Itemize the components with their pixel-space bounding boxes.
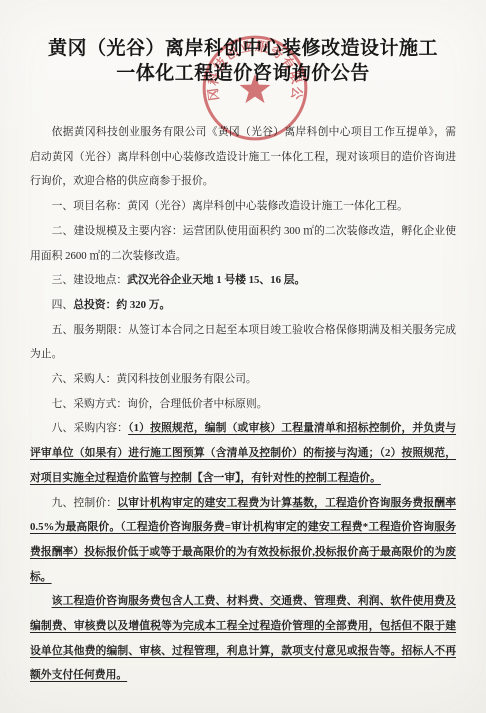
- text-segment: 九、控制价：: [52, 497, 118, 509]
- intro-paragraph: 依据黄冈科技创业服务有限公司《黄冈（光谷）离岸科创中心项目工作互提单》，需启动黄…: [30, 120, 456, 194]
- item-2-scale-and-content: 二、建设规模及主要内容：运营团队使用面积约 300 ㎡的二次装修改造，孵化企业使…: [30, 219, 456, 268]
- text-segment: 六、采购人：黄冈科技创业服务有限公司。: [52, 373, 257, 385]
- page-title: 黄冈（光谷）离岸科创中心装修改造设计施工 一体化工程造价咨询询价公告: [30, 36, 456, 86]
- item-8-procurement-content: 八、采购内容：（1）按照规范，编制（或审核）工程量清单和招标控制价，并负责与评审…: [30, 416, 456, 490]
- text-segment: 以审计机构审定的建安工程费为计算基数，工程造价咨询服务费报酬率 0.5%为最高限…: [30, 497, 456, 583]
- item-9-control-price: 九、控制价：以审计机构审定的建安工程费为计算基数，工程造价咨询服务费报酬率 0.…: [30, 491, 456, 590]
- item-4-total-investment: 四、总投资：约 320 万。: [30, 293, 456, 318]
- text-segment: 七、采购方式：询价，合理低价者中标原则。: [52, 398, 268, 410]
- title-line-1: 黄冈（光谷）离岸科创中心装修改造设计施工: [48, 38, 438, 59]
- document-body: 依据黄冈科技创业服务有限公司《黄冈（光谷）离岸科创中心项目工作互提单》，需启动黄…: [30, 120, 456, 688]
- document-page: 黄冈（光谷）离岸科创中心装修改造设计施工 一体化工程造价咨询询价公告 黄冈科技创…: [0, 0, 486, 713]
- text-segment: 一、项目名称：黄冈（光谷）离岸科创中心装修改造设计施工一体化工程。: [52, 200, 408, 212]
- text-segment: 三、建设地点：: [52, 274, 128, 286]
- item-6-purchaser: 六、采购人：黄冈科技创业服务有限公司。: [30, 367, 456, 392]
- item-5-service-term: 五、服务期限：从签订本合同之日起至本项目竣工验收合格保修期满及相关服务完成为止。: [30, 318, 456, 367]
- text-segment: 二、建设规模及主要内容：运营团队使用面积约 300 ㎡的二次装修改造，孵化企业使…: [30, 225, 456, 262]
- item-1-project-name: 一、项目名称：黄冈（光谷）离岸科创中心装修改造设计施工一体化工程。: [30, 194, 456, 219]
- fee-scope-paragraph: 该工程造价咨询服务费包含人工费、材料费、交通费、管理费、利润、软件使用费及编制费…: [30, 589, 456, 688]
- title-line-2: 一体化工程造价咨询询价公告: [116, 63, 370, 84]
- text-segment: 五、服务期限：从签订本合同之日起至本项目竣工验收合格保修期满及相关服务完成为止。: [30, 324, 456, 361]
- item-7-procurement-method: 七、采购方式：询价，合理低价者中标原则。: [30, 392, 456, 417]
- text-segment: 该工程造价咨询服务费包含人工费、材料费、交通费、管理费、利润、软件使用费及编制费…: [30, 595, 456, 681]
- text-segment: 依据黄冈科技创业服务有限公司《黄冈（光谷）离岸科创中心项目工作互提单》，需启动黄…: [30, 126, 456, 187]
- text-segment: 武汉光谷企业天地 1 号楼 15、16 层。: [127, 274, 305, 286]
- item-3-location: 三、建设地点：武汉光谷企业天地 1 号楼 15、16 层。: [30, 268, 456, 293]
- text-segment: 四、: [52, 299, 74, 311]
- text-segment: 总投资：约 320 万。: [73, 299, 170, 311]
- text-segment: 八、采购内容：: [52, 422, 129, 434]
